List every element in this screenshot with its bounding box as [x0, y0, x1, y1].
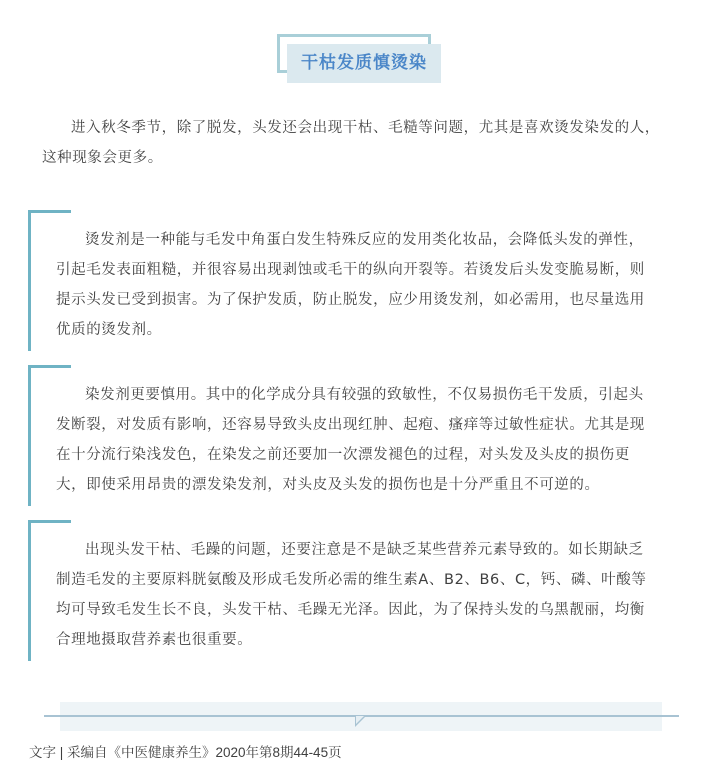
divider-notch-inner — [356, 716, 364, 724]
section-title-badge: 干枯发质慎烫染 — [277, 34, 441, 83]
card-corner-accent — [31, 210, 71, 213]
footer-divider — [44, 702, 679, 732]
card-corner-accent — [31, 365, 71, 368]
source-credit: 文字 | 采编自《中医健康养生》2020年第8期44-45页 — [29, 741, 342, 761]
content-card-dye: 染发剂更要慎用。其中的化学成分具有较强的致敏性，不仅易损伤毛干发质，引起头发断裂… — [28, 365, 671, 506]
content-card-perm: 烫发剂是一种能与毛发中角蛋白发生特殊反应的发用类化妆品，会降低头发的弹性，引起毛… — [28, 210, 671, 351]
card-corner-accent — [31, 520, 71, 523]
content-card-nutrition: 出现头发干枯、毛躁的问题，还要注意是不是缺乏某些营养元素导致的。如长期缺乏制造毛… — [28, 520, 671, 661]
card-paragraph: 烫发剂是一种能与毛发中角蛋白发生特殊反应的发用类化妆品，会降低头发的弹性，引起毛… — [31, 210, 651, 345]
card-paragraph: 出现头发干枯、毛躁的问题，还要注意是不是缺乏某些营养元素导致的。如长期缺乏制造毛… — [31, 520, 651, 655]
card-paragraph: 染发剂更要慎用。其中的化学成分具有较强的致敏性，不仅易损伤毛干发质，引起头发断裂… — [31, 365, 651, 500]
intro-paragraph: 进入秋冬季节，除了脱发，头发还会出现干枯、毛糙等问题，尤其是喜欢烫发染发的人，这… — [42, 113, 672, 173]
section-title: 干枯发质慎烫染 — [287, 44, 441, 83]
